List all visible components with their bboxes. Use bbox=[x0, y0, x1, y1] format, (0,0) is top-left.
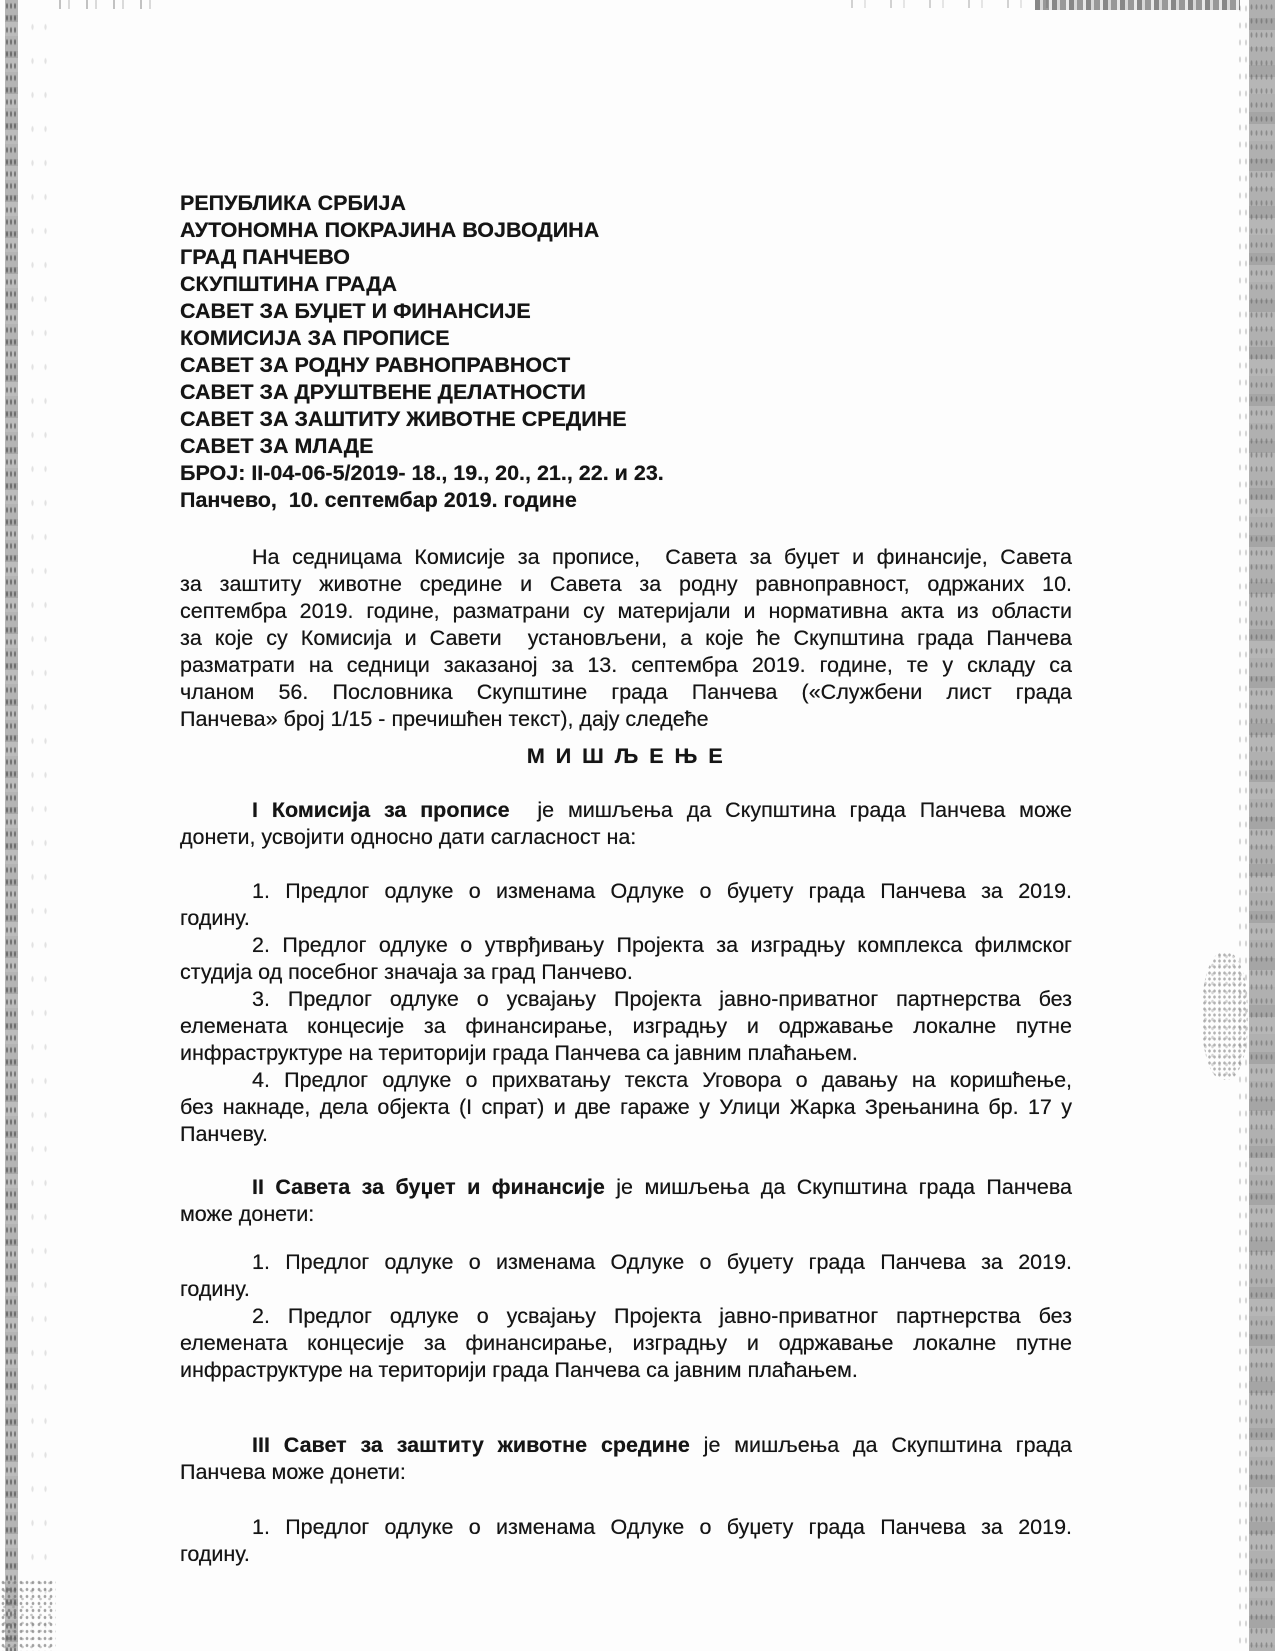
text-line: септембра 2019. године, разматрани су ма… bbox=[180, 598, 1072, 625]
scan-noise-blob-right bbox=[1202, 952, 1248, 1080]
letterhead-line: САВЕТ ЗА ДРУШТВЕНЕ ДЕЛАТНОСТИ bbox=[180, 379, 1072, 406]
text-line: На седницама Комисије за прописе, Савета… bbox=[180, 544, 1072, 571]
text-line: I Комисија за прописе је мишљења да Скуп… bbox=[180, 797, 1072, 824]
text-segment: је мишљења да Скупштина града Панчева мо… bbox=[510, 798, 1072, 822]
bold-lead: II Савета за буџет и финансије bbox=[252, 1175, 605, 1199]
section-heading: II Савета за буџет и финансије је мишљењ… bbox=[180, 1174, 1072, 1228]
list-item: 1. Предлог одлуке о изменама Одлуке о бу… bbox=[180, 1249, 1072, 1303]
section-heading: I Комисија за прописе је мишљења да Скуп… bbox=[180, 797, 1072, 851]
letterhead-line: РЕПУБЛИКА СРБИЈА bbox=[180, 190, 1072, 217]
scan-noise-top-right bbox=[1035, 0, 1240, 10]
letterhead: РЕПУБЛИКА СРБИЈААУТОНОМНА ПОКРАЈИНА ВОЈВ… bbox=[180, 190, 1072, 514]
letterhead-line: СКУПШТИНА ГРАДА bbox=[180, 271, 1072, 298]
text-line: 1. Предлог одлуке о изменама Одлуке о бу… bbox=[180, 1249, 1072, 1276]
document-content: РЕПУБЛИКА СРБИЈААУТОНОМНА ПОКРАЈИНА ВОЈВ… bbox=[180, 190, 1072, 1568]
section-items: 1. Предлог одлуке о изменама Одлуке о бу… bbox=[180, 1249, 1072, 1384]
text-line: донети, усвојити односно дати сагласност… bbox=[180, 824, 1072, 851]
letterhead-line: ГРАД ПАНЧЕВО bbox=[180, 244, 1072, 271]
scan-edge-right bbox=[1249, 0, 1275, 1651]
text-line: без накнаде, дела објекта (I спрат) и дв… bbox=[180, 1094, 1072, 1121]
text-line: годину. bbox=[180, 1276, 1072, 1303]
letterhead-line: БРОЈ: II-04-06-5/2019- 18., 19., 20., 21… bbox=[180, 460, 1072, 487]
text-line: елемената концесије за финансирање, изгр… bbox=[180, 1013, 1072, 1040]
text-line: 1. Предлог одлуке о изменама Одлуке о бу… bbox=[180, 1514, 1072, 1541]
text-line: Панчеву. bbox=[180, 1121, 1072, 1148]
text-line: 2. Предлог одлуке о усвајању Пројекта ја… bbox=[180, 1303, 1072, 1330]
section-heading: III Савет за заштиту животне средине је … bbox=[180, 1432, 1072, 1486]
list-item: 1. Предлог одлуке о изменама Одлуке о бу… bbox=[180, 878, 1072, 932]
section-3: III Савет за заштиту животне средине је … bbox=[180, 1432, 1072, 1568]
text-line: елемената концесије за финансирање, изгр… bbox=[180, 1330, 1072, 1357]
scan-edge-right-fray bbox=[1237, 0, 1250, 1651]
letterhead-line: КОМИСИЈА ЗА ПРОПИСЕ bbox=[180, 325, 1072, 352]
text-segment: је мишљења да Скупштина града Панчева bbox=[605, 1175, 1072, 1199]
text-line: II Савета за буџет и финансије је мишљењ… bbox=[180, 1174, 1072, 1201]
scan-edge-left bbox=[5, 0, 18, 1651]
scan-noise-top-mid bbox=[840, 0, 1050, 8]
text-line: за које су Комисија и Савети установљени… bbox=[180, 625, 1072, 652]
letterhead-line: САВЕТ ЗА МЛАДЕ bbox=[180, 433, 1072, 460]
text-line: 3. Предлог одлуке о усвајању Пројекта ја… bbox=[180, 986, 1072, 1013]
section-items: 1. Предлог одлуке о изменама Одлуке о бу… bbox=[180, 878, 1072, 1148]
text-line: 4. Предлог одлуке о прихватању текста Уг… bbox=[180, 1067, 1072, 1094]
bold-lead: I Комисија за прописе bbox=[252, 798, 510, 822]
list-item: 4. Предлог одлуке о прихватању текста Уг… bbox=[180, 1067, 1072, 1148]
text-line: студија од посебног значаја за град Панч… bbox=[180, 959, 1072, 986]
text-segment: је мишљења да Скупштина града bbox=[690, 1433, 1072, 1457]
letterhead-line: Панчево, 10. септембар 2019. године bbox=[180, 487, 1072, 514]
scan-noise-left-column bbox=[26, 10, 54, 1640]
bold-lead: III Савет за заштиту животне средине bbox=[252, 1433, 690, 1457]
intro-paragraph: На седницама Комисије за прописе, Савета… bbox=[180, 544, 1072, 733]
section-items: 1. Предлог одлуке о изменама Одлуке о бу… bbox=[180, 1514, 1072, 1568]
scan-noise-bottom-left bbox=[0, 1579, 56, 1651]
text-line: инфраструктуре на територији града Панче… bbox=[180, 1040, 1072, 1067]
text-line: може донети: bbox=[180, 1201, 1072, 1228]
text-line: 2. Предлог одлуке о утврђивању Пројекта … bbox=[180, 932, 1072, 959]
letterhead-line: АУТОНОМНА ПОКРАЈИНА ВОЈВОДИНА bbox=[180, 217, 1072, 244]
opinion-sections: I Комисија за прописе је мишљења да Скуп… bbox=[180, 797, 1072, 1568]
text-line: разматрати на седници заказаној за 13. с… bbox=[180, 652, 1072, 679]
section-2: II Савета за буџет и финансије је мишљењ… bbox=[180, 1174, 1072, 1384]
letterhead-line: САВЕТ ЗА ЗАШТИТУ ЖИВОТНЕ СРЕДИНЕ bbox=[180, 406, 1072, 433]
text-line: Панчева» број 1/15 - пречишћен текст), д… bbox=[180, 706, 1072, 733]
text-line: годину. bbox=[180, 905, 1072, 932]
text-line: чланом 56. Пословника Скупштине града Па… bbox=[180, 679, 1072, 706]
list-item: 2. Предлог одлуке о усвајању Пројекта ја… bbox=[180, 1303, 1072, 1384]
text-line: III Савет за заштиту животне средине је … bbox=[180, 1432, 1072, 1459]
opinion-title: М И Ш Љ Е Њ Е bbox=[180, 743, 1072, 770]
text-line: 1. Предлог одлуке о изменама Одлуке о бу… bbox=[180, 878, 1072, 905]
letterhead-line: САВЕТ ЗА РОДНУ РАВНОПРАВНОСТ bbox=[180, 352, 1072, 379]
list-item: 3. Предлог одлуке о усвајању Пројекта ја… bbox=[180, 986, 1072, 1067]
scanned-document-page: РЕПУБЛИКА СРБИЈААУТОНОМНА ПОКРАЈИНА ВОЈВ… bbox=[0, 0, 1275, 1651]
text-line: Панчева може донети: bbox=[180, 1459, 1072, 1486]
list-item: 1. Предлог одлуке о изменама Одлуке о бу… bbox=[180, 1514, 1072, 1568]
list-item: 2. Предлог одлуке о утврђивању Пројекта … bbox=[180, 932, 1072, 986]
text-line: за заштиту животне средине и Савета за р… bbox=[180, 571, 1072, 598]
text-line: годину. bbox=[180, 1541, 1072, 1568]
text-line: инфраструктуре на територији града Панче… bbox=[180, 1357, 1072, 1384]
scan-noise-top-left bbox=[52, 0, 152, 9]
section-1: I Комисија за прописе је мишљења да Скуп… bbox=[180, 797, 1072, 1148]
letterhead-line: САВЕТ ЗА БУЏЕТ И ФИНАНСИЈЕ bbox=[180, 298, 1072, 325]
